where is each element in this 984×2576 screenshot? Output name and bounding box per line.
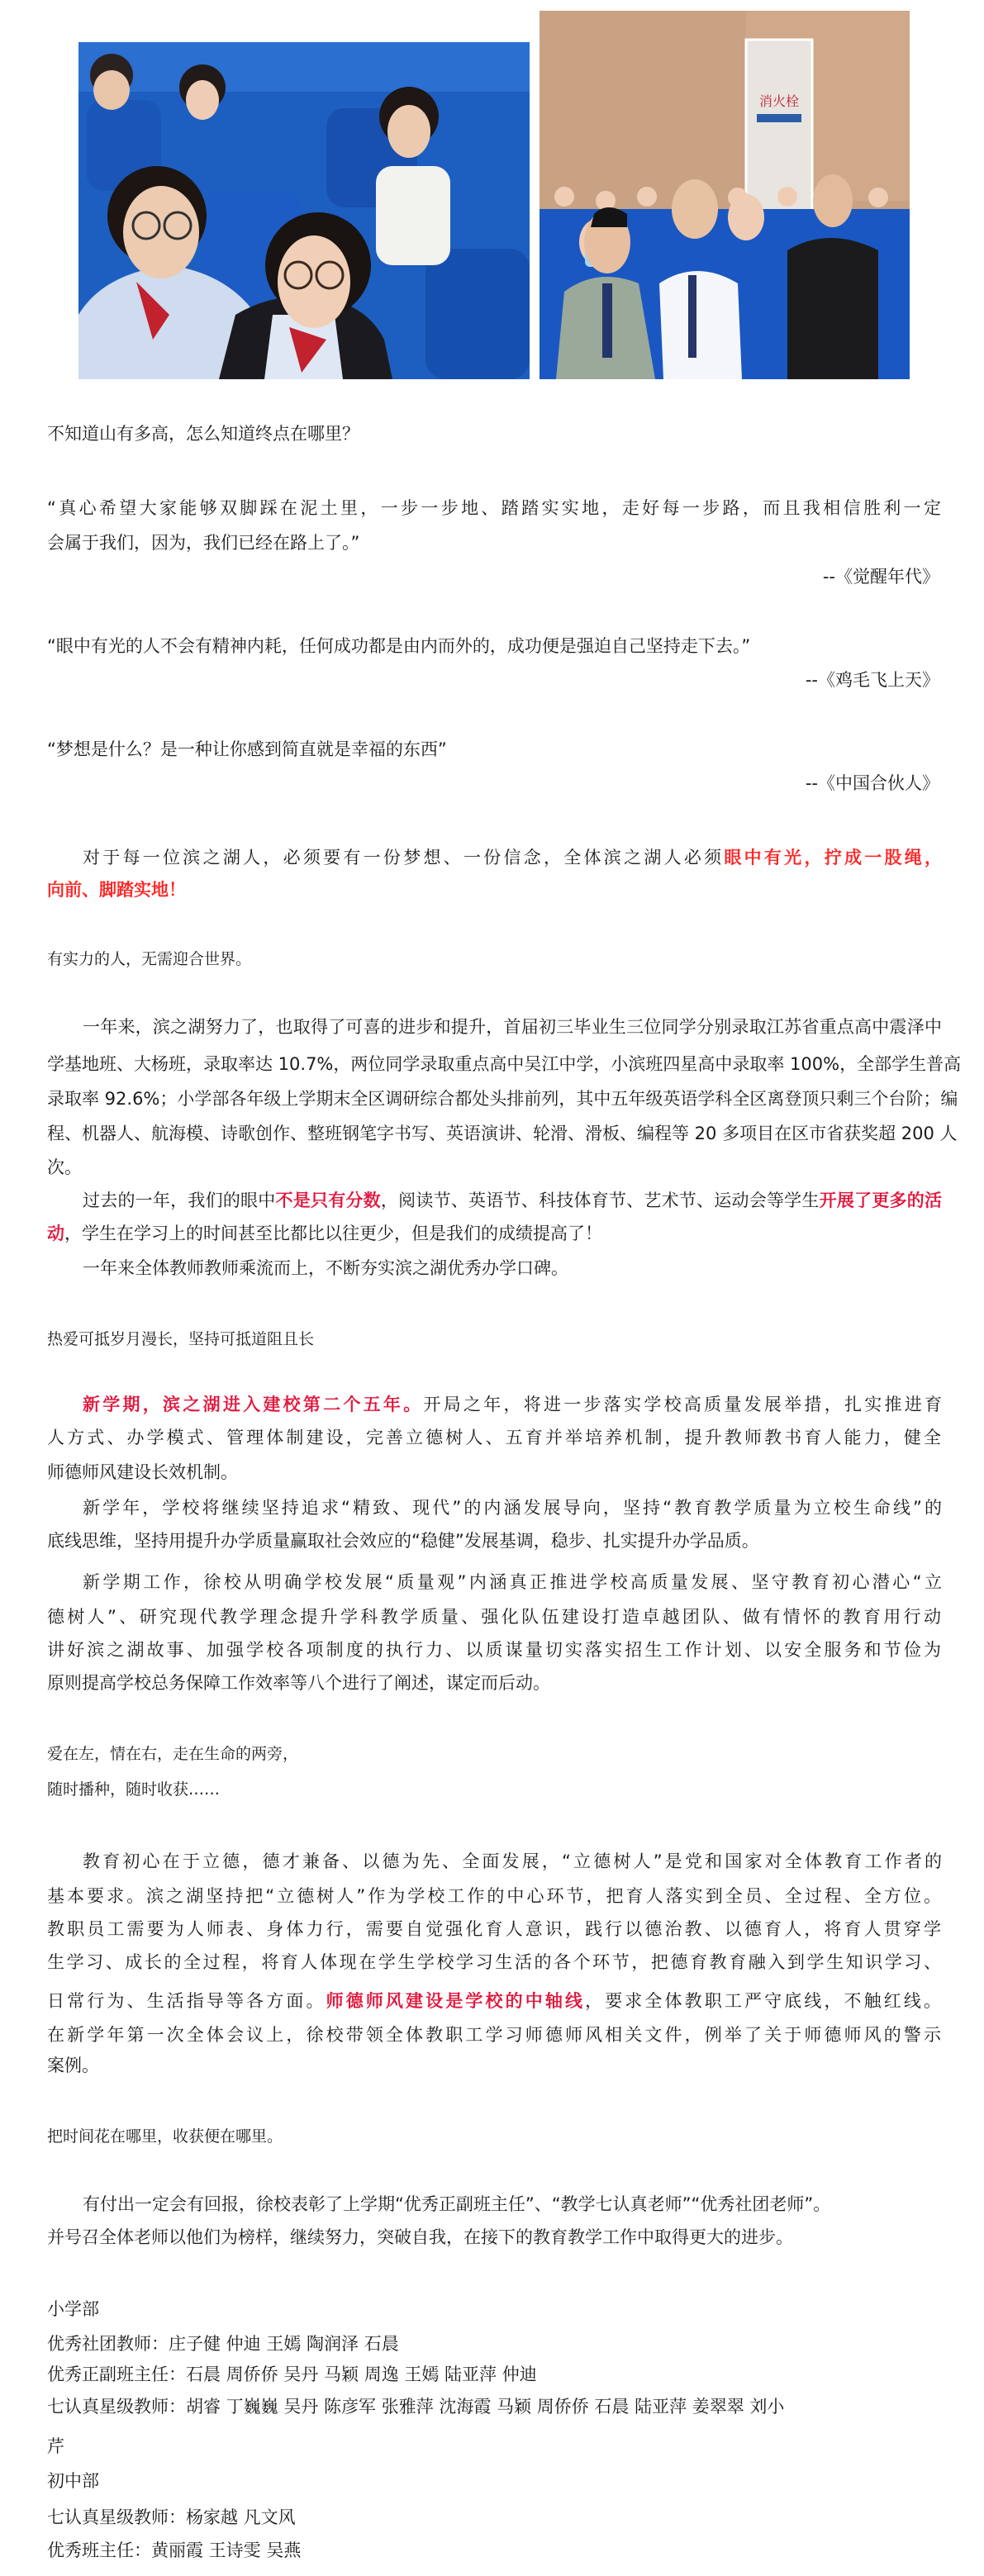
- new-term-highlight: 新学期，滨之湖进入建校第二个五年。: [83, 1395, 423, 1414]
- photo-illustration: [78, 42, 530, 379]
- slogan-sow: 随时播种，随时收获……: [47, 1779, 941, 1800]
- dream-text: 对于每一位滨之湖人，必须要有一份梦想、一份信念，全体滨之湖人必须: [83, 848, 724, 867]
- audience-photo-right: 消火栓: [540, 11, 910, 379]
- middle-seven-star-teachers: 七认真星级教师：杨家越 凡文风: [47, 2507, 941, 2528]
- svg-text:消火栓: 消火栓: [759, 93, 799, 109]
- middle-homeroom-teachers: 优秀班主任：黄丽霞 王诗雯 吴燕: [47, 2540, 941, 2561]
- quote-2-line-1: “眼中有光的人不会有精神内耗，任何成功都是由内而外的，成功便是强迫自己坚持走下去…: [47, 635, 941, 657]
- past-highlight-activities-end: 动: [47, 1224, 64, 1243]
- ethics-text-b: ，要求全体教职工严守底线，不触红线。: [585, 1991, 941, 2011]
- work-line-3: 讲好滨之湖故事、加强学校各项制度的执行力、以质谋量切实落实招生工作计划、以安全服…: [47, 1639, 941, 1661]
- ethics-line-6: 在新学年第一次全体会议上，徐校带领全体教职工学习师德师风相关文件，例举了关于师德…: [47, 2024, 941, 2046]
- ethics-line-2: 基本要求。滨之湖坚持把“立德树人”作为学校工作的中心环节，把育人落实到全员、全过…: [47, 1885, 941, 1907]
- ethics-highlight: 师德师风建设是学校的中轴线: [326, 1991, 585, 2011]
- past-text-b: ，阅读节、英语节、科技体育节、艺术节、运动会等学生: [381, 1191, 820, 1210]
- year-summary-line-3: 录取率 92.6%；小学部各年级上学期末全区调研综合都处头排前列，其中五年级英语…: [47, 1088, 941, 1110]
- slogan-love-left: 爱在左，情在右，走在生命的两旁，: [47, 1743, 941, 1765]
- primary-seven-star-teachers: 七认真星级教师：胡睿 丁巍巍 吴丹 陈彦军 张雅萍 沈海霞 马颖 周侨侨 石晨 …: [47, 2396, 941, 2417]
- ethics-line-5: 日常行为、生活指导等各方面。师德师风建设是学校的中轴线，要求全体教职工严守底线，…: [47, 1990, 941, 2012]
- dream-paragraph-line-2: 向前、脚踏实地！: [47, 879, 941, 901]
- new-term-line-4: 新学年，学校将继续坚持追求“精致、现代”的内涵发展导向，坚持“教育教学质量为立校…: [83, 1497, 942, 1519]
- quote-1-line-1: “真心希望大家能够双脚踩在泥土里，一步一步地、踏踏实实地，走好每一步路，而且我相…: [47, 497, 941, 519]
- work-line-2: 德树人”、研究现代教学理念提升学科教学质量、强化队伍建设打造卓越团队、做有情怀的…: [47, 1606, 941, 1628]
- ethics-line-4: 生学习、成长的全过程，将育人体现在学生学校学习生活的各个环节，把德育教育融入到学…: [47, 1951, 941, 1973]
- slogan-love: 热爱可抵岁月漫长，坚持可抵道阻且长: [47, 1328, 941, 1350]
- quote-1-source: --《觉醒年代》: [823, 566, 939, 587]
- year-summary-line-4: 程、机器人、航海模、诗歌创作、整班钢笔字书写、英语演讲、轮滑、滑板、编程等 20…: [47, 1123, 941, 1144]
- quote-3-line-1: “梦想是什么？是一种让你感到简直就是幸福的东西”: [47, 739, 941, 760]
- dream-paragraph-line-1: 对于每一位滨之湖人，必须要有一份梦想、一份信念，全体滨之湖人必须眼中有光，拧成一…: [83, 847, 942, 868]
- opening-question: 不知道山有多高，怎么知道终点在哪里？: [47, 423, 941, 444]
- slogan-time: 把时间花在哪里，收获便在哪里。: [47, 2126, 941, 2147]
- dream-highlight: 眼中有光，拧成一股绳，: [724, 848, 942, 867]
- award-line-2: 并号召全体老师以他们为榜样，继续努力，突破自我，在接下的教育教学工作中取得更大的…: [47, 2227, 941, 2248]
- slogan-strength: 有实力的人，无需迎合世界。: [47, 948, 941, 970]
- audience-photo-left: [78, 42, 530, 379]
- primary-homeroom-teachers: 优秀正副班主任：石晨 周侨侨 吴丹 马颖 周逸 王嫣 陆亚萍 仲迪: [47, 2364, 941, 2385]
- primary-club-teachers: 优秀社团教师：庄子健 仲迪 王嫣 陶润泽 石晨: [47, 2333, 941, 2355]
- past-highlight-activities: 开展了更多的活: [820, 1191, 942, 1210]
- past-text-a: 过去的一年，我们的眼中: [83, 1191, 276, 1210]
- middle-section-title: 初中部: [47, 2470, 941, 2492]
- primary-seven-star-teachers-cont: 芹: [47, 2436, 941, 2457]
- quote-2-source: --《鸡毛飞上天》: [806, 669, 939, 691]
- new-term-line-1: 新学期，滨之湖进入建校第二个五年。开局之年，将进一步落实学校高质量发展举措，扎实…: [83, 1394, 942, 1415]
- work-line-1: 新学期工作，徐校从明确学校发展“质量观”内涵真正推进学校高质量发展、坚守教育初心…: [83, 1571, 942, 1593]
- new-term-line-2: 人方式、办学模式、管理体制建设，完善立德树人、五育并举培养机制，提升教师教书育人…: [47, 1427, 941, 1448]
- new-term-line-3: 师德师风建设长效机制。: [47, 1461, 941, 1483]
- new-term-text: 开局之年，将进一步落实学校高质量发展举措，扎实推进育: [423, 1395, 942, 1414]
- past-text-c: ，学生在学习上的时间甚至比都比以往更少，但是我们的成绩提高了！: [64, 1224, 602, 1243]
- quote-3-source: --《中国合伙人》: [806, 772, 939, 794]
- year-summary-line-5: 次。: [47, 1157, 941, 1178]
- ethics-line-7: 案例。: [47, 2055, 941, 2076]
- quote-1-line-2: 会属于我们，因为，我们已经在路上了。”: [47, 532, 941, 554]
- primary-section-title: 小学部: [47, 2298, 941, 2320]
- new-term-line-5: 底线思维，坚持用提升办学质量赢取社会效应的“稳健”发展基调，稳步、扎实提升办学品…: [47, 1530, 941, 1552]
- ethics-text-a: 日常行为、生活指导等各方面。: [47, 1991, 326, 2011]
- award-line-1: 有付出一定会有回报，徐校表彰了上学期“优秀正副班主任”、“教学七认真老师”“优秀…: [83, 2193, 942, 2215]
- dream-highlight-2: 向前、脚踏实地！: [47, 880, 186, 900]
- past-year-line-3: 一年来全体教师教师乘流而上，不断夯实滨之湖优秀办学口碑。: [83, 1257, 942, 1279]
- ethics-line-1: 教育初心在于立德，德才兼备、以德为先、全面发展，“立德树人”是党和国家对全体教育…: [83, 1851, 942, 1872]
- photo-illustration: 消火栓: [540, 11, 910, 379]
- year-summary-line-1: 一年来，滨之湖努力了，也取得了可喜的进步和提升，首届初三毕业生三位同学分别录取江…: [83, 1016, 942, 1038]
- past-highlight-scores: 不是只有分数: [276, 1191, 381, 1210]
- ethics-line-3: 教职员工需要为人师表、身体力行，需要自觉强化育人意识，践行以德治教、以德育人，将…: [47, 1918, 941, 1940]
- past-year-line-1: 过去的一年，我们的眼中不是只有分数，阅读节、英语节、科技体育节、艺术节、运动会等…: [83, 1190, 942, 1211]
- work-line-4: 原则提高学校总务保障工作效率等八个进行了阐述，谋定而后动。: [47, 1672, 941, 1694]
- past-year-line-2: 动，学生在学习上的时间甚至比都比以往更少，但是我们的成绩提高了！: [47, 1223, 941, 1244]
- year-summary-line-2: 学基地班、大杨班，录取率达 10.7%，两位同学录取重点高中吴江中学，小滨班四星…: [47, 1053, 941, 1075]
